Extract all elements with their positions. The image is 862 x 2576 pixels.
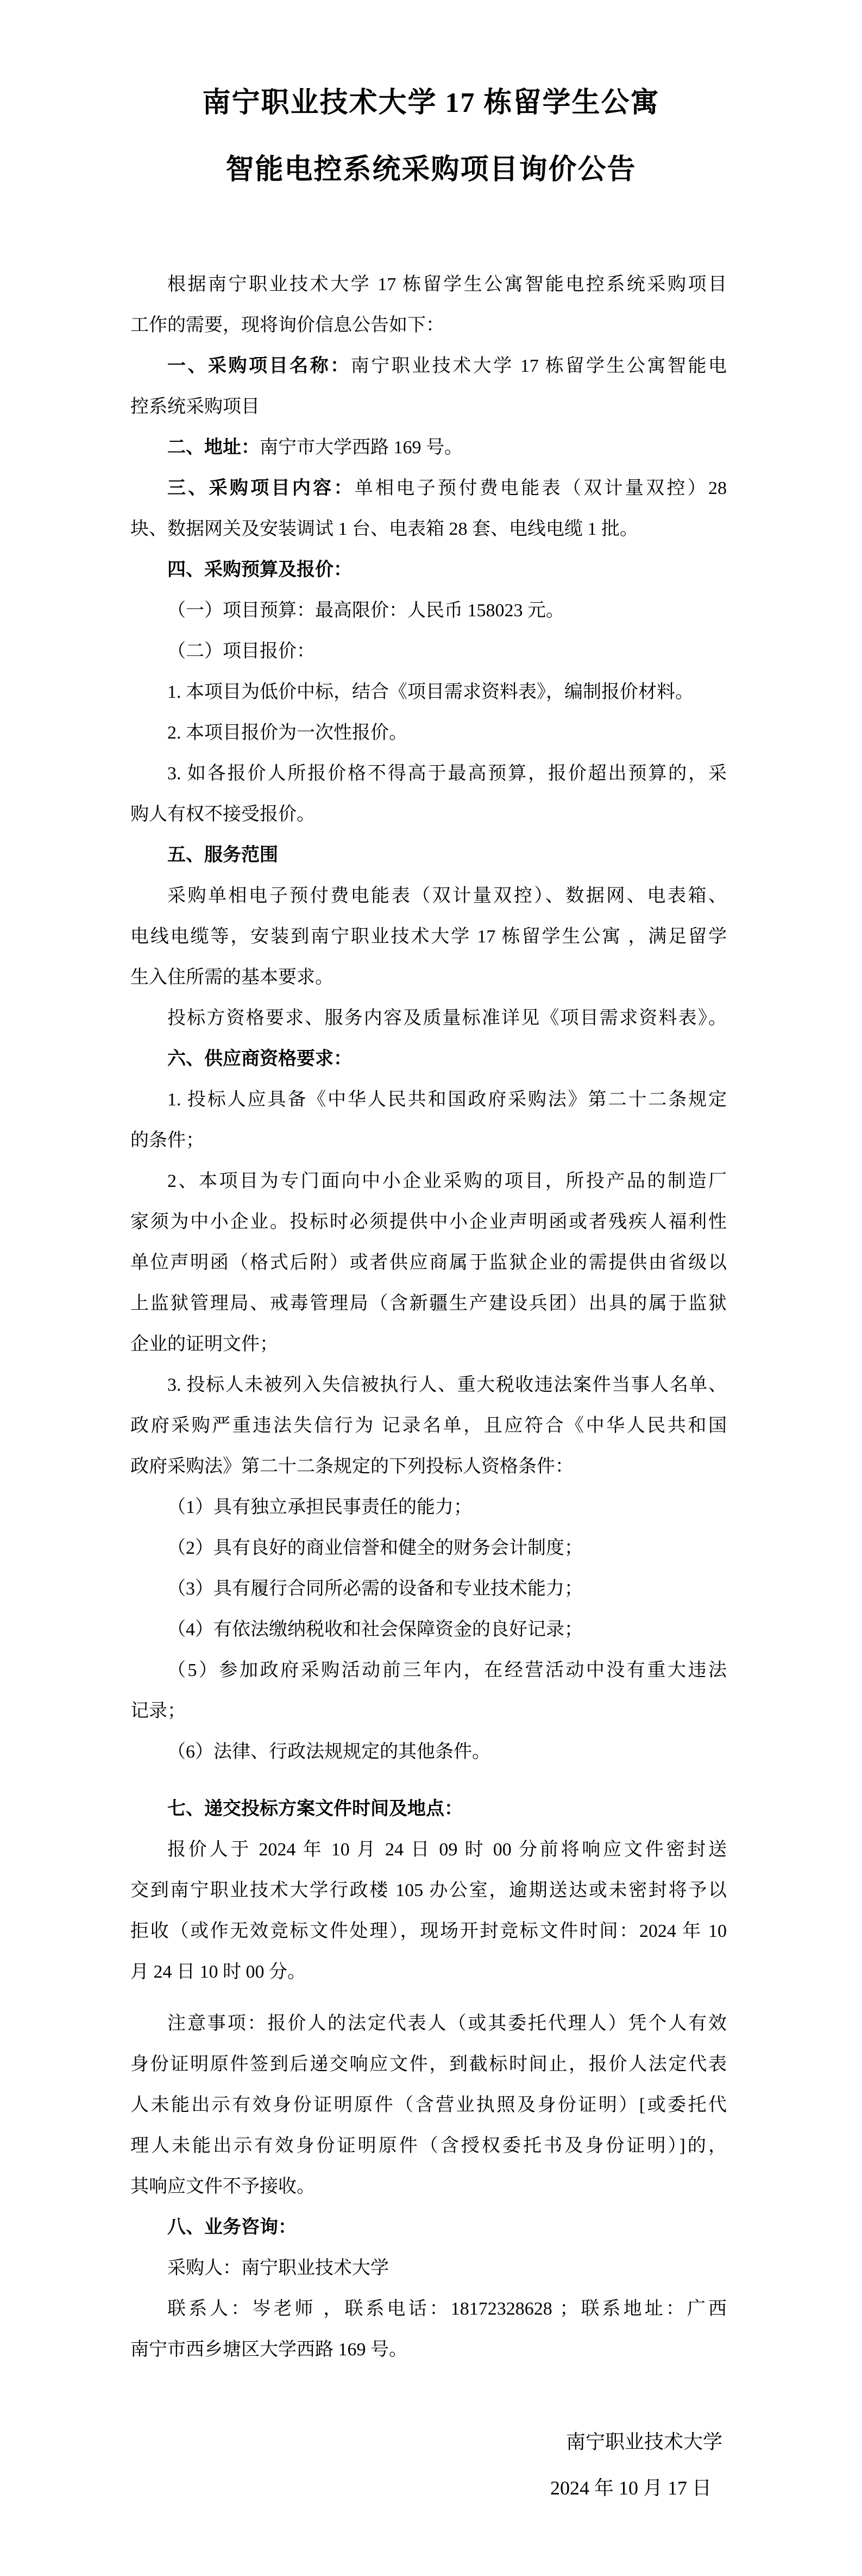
body-text: （二）项目报价： bbox=[167, 641, 315, 661]
body-text: 1. 投标人应具备《中华人民共和国政府采购法》第二十二条规定 bbox=[167, 1090, 727, 1110]
body-text: 块、数据网关及安装调试 1 台、电表箱 28 套、电线电缆 1 批。 bbox=[130, 519, 638, 539]
document-line: 上监狱管理局、戒毒管理局（含新疆生产建设兵团）出具的属于监狱 bbox=[130, 1283, 727, 1324]
body-text: 南宁职业技术大学 17 栋留学生公寓智能电 bbox=[351, 356, 727, 376]
body-text: （6）法律、行政法规规定的其他条件。 bbox=[167, 1742, 490, 1762]
document-line: 家须为中小企业。投标时必须提供中小企业声明函或者残疾人福利性 bbox=[130, 1202, 727, 1242]
body-text: 身份证明原件签到后递交响应文件，到截标时间止，报价人法定代表 bbox=[130, 2054, 727, 2074]
body-text: 月 24 日 10 时 00 分。 bbox=[130, 1962, 306, 1982]
signature-org: 南宁职业技术大学 bbox=[130, 2419, 727, 2465]
heading-text: 一、采购项目名称： bbox=[167, 356, 351, 376]
document-line: 3. 投标人未被列入失信被执行人、重大税收违法案件当事人名单、 bbox=[130, 1365, 727, 1405]
body-text: 生入住所需的基本要求。 bbox=[130, 967, 334, 987]
document-line: 三、采购项目内容：单相电子预付费电能表（双计量双控）28 bbox=[130, 468, 727, 509]
document-line: 1. 本项目为低价中标，结合《项目需求资料表》，编制报价材料。 bbox=[130, 672, 727, 712]
body-text: 2、本项目为专门面向中小企业采购的项目，所投产品的制造厂 bbox=[167, 1171, 727, 1191]
body-text: 记录； bbox=[130, 1701, 186, 1721]
heading-text: 四、采购预算及报价： bbox=[167, 560, 352, 580]
body-text: 交到南宁职业技术大学行政楼 105 办公室，逾期送达或未密封将予以 bbox=[130, 1880, 727, 1900]
body-text: 企业的证明文件； bbox=[130, 1334, 278, 1354]
body-text: 电线电缆等，安装到南宁职业技术大学 17 栋留学生公寓 ，满足留学 bbox=[130, 927, 727, 947]
body-text: 拒收（或作无效竞标文件处理），现场开封竞标文件时间：2024 年 10 bbox=[130, 1921, 727, 1941]
body-text: 1. 本项目为低价中标，结合《项目需求资料表》，编制报价材料。 bbox=[167, 682, 694, 702]
body-text: 注意事项：报价人的法定代表人（或其委托代理人）凭个人有效 bbox=[167, 2014, 727, 2034]
document-line: 一、采购项目名称：南宁职业技术大学 17 栋留学生公寓智能电 bbox=[130, 346, 727, 386]
body-text: 3. 投标人未被列入失信被执行人、重大税收违法案件当事人名单、 bbox=[167, 1375, 727, 1395]
document-line: 月 24 日 10 时 00 分。 bbox=[130, 1952, 727, 1992]
document-line: （一）项目预算：最高限价：人民币 158023 元。 bbox=[130, 590, 727, 631]
body-text: （1）具有独立承担民事责任的能力； bbox=[167, 1497, 472, 1517]
body-text: （4）有依法缴纳税收和社会保障资金的良好记录； bbox=[167, 1620, 583, 1640]
body-text: 报价人于 2024 年 10 月 24 日 09 时 00 分前将响应文件密封送 bbox=[167, 1840, 727, 1860]
document-line: （6）法律、行政法规规定的其他条件。 bbox=[130, 1731, 727, 1772]
body-text: 采购人：南宁职业技术大学 bbox=[167, 2258, 389, 2278]
heading-text: 八、业务咨询： bbox=[167, 2217, 297, 2237]
document-line: 身份证明原件签到后递交响应文件，到截标时间止，报价人法定代表 bbox=[130, 2044, 727, 2085]
document-line: 二、地址：南宁市大学西路 169 号。 bbox=[130, 427, 727, 468]
document-line: （1）具有独立承担民事责任的能力； bbox=[130, 1487, 727, 1528]
document-line: （二）项目报价： bbox=[130, 631, 727, 672]
heading-text: 三、采购项目内容： bbox=[167, 478, 355, 498]
body-text: 政府采购法》第二十二条规定的下列投标人资格条件： bbox=[130, 1456, 574, 1477]
document-line: （3）具有履行合同所必需的设备和专业技术能力； bbox=[130, 1568, 727, 1609]
document-line: 的条件； bbox=[130, 1120, 727, 1161]
signature-date: 2024 年 10 月 17 日 bbox=[130, 2465, 727, 2511]
body-text: 南宁市西乡塘区大学西路 169 号。 bbox=[130, 2340, 407, 2360]
document-line: 电线电缆等，安装到南宁职业技术大学 17 栋留学生公寓 ，满足留学 bbox=[130, 916, 727, 957]
heading-text: 五、服务范围 bbox=[167, 845, 278, 865]
document-line: 六、供应商资格要求： bbox=[130, 1039, 727, 1079]
document-line: 投标方资格要求、服务内容及质量标准详见《项目需求资料表》。 bbox=[130, 998, 727, 1039]
signature-block: 南宁职业技术大学 2024 年 10 月 17 日 bbox=[130, 2419, 727, 2511]
body-text: 政府采购严重违法失信行为 记录名单，且应符合《中华人民共和国 bbox=[130, 1416, 727, 1436]
body-text: 采购单相电子预付费电能表（双计量双控）、数据网、电表箱、 bbox=[167, 886, 727, 906]
body-text: 单相电子预付费电能表（双计量双控）28 bbox=[355, 478, 727, 498]
document-line: 理人未能出示有效身份证明原件（含授权委托书及身份证明）]的， bbox=[130, 2125, 727, 2166]
document-page: 南宁职业技术大学 17 栋留学生公寓智能电控系统采购项目询价公告 根据南宁职业技… bbox=[0, 0, 862, 2576]
heading-text: 六、供应商资格要求： bbox=[167, 1049, 352, 1069]
body-text: 控系统采购项目 bbox=[130, 397, 260, 417]
body-text: 投标方资格要求、服务内容及质量标准详见《项目需求资料表》。 bbox=[167, 1008, 727, 1028]
body-text: 联系人：岑老师 ，联系电话：18172328628 ；联系地址：广西 bbox=[167, 2299, 727, 2319]
document-line: 控系统采购项目 bbox=[130, 386, 727, 427]
document-line: 企业的证明文件； bbox=[130, 1324, 727, 1365]
body-text: 购人有权不接受报价。 bbox=[130, 804, 315, 824]
document-line: 采购人：南宁职业技术大学 bbox=[130, 2248, 727, 2289]
document-line: 四、采购预算及报价： bbox=[130, 549, 727, 590]
document-line: 购人有权不接受报价。 bbox=[130, 794, 727, 835]
body-text: （一）项目预算：最高限价：人民币 158023 元。 bbox=[167, 601, 564, 621]
document-line: （4）有依法缴纳税收和社会保障资金的良好记录； bbox=[130, 1609, 727, 1650]
body-text: 根据南宁职业技术大学 17 栋留学生公寓智能电控系统采购项目 bbox=[167, 274, 727, 295]
body-text: 上监狱管理局、戒毒管理局（含新疆生产建设兵团）出具的属于监狱 bbox=[130, 1293, 727, 1314]
document-line: （5）参加政府采购活动前三年内，在经营活动中没有重大违法 bbox=[130, 1650, 727, 1691]
document-line: 联系人：岑老师 ，联系电话：18172328628 ；联系地址：广西 bbox=[130, 2289, 727, 2329]
document-line: 五、服务范围 bbox=[130, 835, 727, 876]
document-line: 政府采购法》第二十二条规定的下列投标人资格条件： bbox=[130, 1446, 727, 1487]
document-line: 其响应文件不予接收。 bbox=[130, 2166, 727, 2207]
body-text: 3. 如各报价人所报价格不得高于最高预算，报价超出预算的，采 bbox=[167, 764, 727, 784]
document-line: 交到南宁职业技术大学行政楼 105 办公室，逾期送达或未密封将予以 bbox=[130, 1870, 727, 1911]
document-line: 记录； bbox=[130, 1691, 727, 1731]
body-text: 人未能出示有效身份证明原件（含营业执照及身份证明）[或委托代 bbox=[130, 2095, 727, 2115]
document-line: 八、业务咨询： bbox=[130, 2207, 727, 2248]
document-line: 报价人于 2024 年 10 月 24 日 09 时 00 分前将响应文件密封送 bbox=[130, 1829, 727, 1870]
body-text: 南宁市大学西路 169 号。 bbox=[260, 437, 463, 458]
document-line: 采购单相电子预付费电能表（双计量双控）、数据网、电表箱、 bbox=[130, 876, 727, 916]
body-text: （3）具有履行合同所必需的设备和专业技术能力； bbox=[167, 1579, 583, 1599]
document-line: 注意事项：报价人的法定代表人（或其委托代理人）凭个人有效 bbox=[130, 2003, 727, 2044]
body-text: （5）参加政府采购活动前三年内，在经营活动中没有重大违法 bbox=[167, 1660, 727, 1680]
document-line: 工作的需要，现将询价信息公告如下： bbox=[130, 305, 727, 346]
body-text: 其响应文件不予接收。 bbox=[130, 2177, 315, 2197]
document-line: 块、数据网关及安装调试 1 台、电表箱 28 套、电线电缆 1 批。 bbox=[130, 509, 727, 549]
document-title-line: 智能电控系统采购项目询价公告 bbox=[0, 136, 862, 203]
document-line: （2）具有良好的商业信誉和健全的财务会计制度； bbox=[130, 1528, 727, 1568]
document-line: 2. 本项目报价为一次性报价。 bbox=[130, 712, 727, 753]
body-text: （2）具有良好的商业信誉和健全的财务会计制度； bbox=[167, 1538, 583, 1558]
body-text: 单位声明函（格式后附）或者供应商属于监狱企业的需提供由省级以 bbox=[130, 1253, 727, 1273]
document-line: 2、本项目为专门面向中小企业采购的项目，所投产品的制造厂 bbox=[130, 1161, 727, 1202]
body-text: 家须为中小企业。投标时必须提供中小企业声明函或者残疾人福利性 bbox=[130, 1212, 727, 1232]
document-line: 生入住所需的基本要求。 bbox=[130, 957, 727, 998]
document-body: 根据南宁职业技术大学 17 栋留学生公寓智能电控系统采购项目工作的需要，现将询价… bbox=[130, 264, 727, 2370]
document-line: 拒收（或作无效竞标文件处理），现场开封竞标文件时间：2024 年 10 bbox=[130, 1911, 727, 1952]
body-text: 理人未能出示有效身份证明原件（含授权委托书及身份证明）]的， bbox=[130, 2136, 727, 2156]
body-text: 的条件； bbox=[130, 1130, 204, 1151]
document-line: 1. 投标人应具备《中华人民共和国政府采购法》第二十二条规定 bbox=[130, 1079, 727, 1120]
heading-text: 七、递交投标方案文件时间及地点： bbox=[167, 1799, 463, 1819]
document-line: 根据南宁职业技术大学 17 栋留学生公寓智能电控系统采购项目 bbox=[130, 264, 727, 305]
document-line: 3. 如各报价人所报价格不得高于最高预算，报价超出预算的，采 bbox=[130, 753, 727, 794]
document-line: 南宁市西乡塘区大学西路 169 号。 bbox=[130, 2329, 727, 2370]
body-text: 2. 本项目报价为一次性报价。 bbox=[167, 723, 407, 743]
document-line: 政府采购严重违法失信行为 记录名单，且应符合《中华人民共和国 bbox=[130, 1405, 727, 1446]
document-line: 人未能出示有效身份证明原件（含营业执照及身份证明）[或委托代 bbox=[130, 2085, 727, 2125]
document-line: 七、递交投标方案文件时间及地点： bbox=[130, 1789, 727, 1829]
heading-text: 二、地址： bbox=[167, 437, 260, 458]
body-text: 工作的需要，现将询价信息公告如下： bbox=[130, 315, 444, 335]
document-title: 南宁职业技术大学 17 栋留学生公寓智能电控系统采购项目询价公告 bbox=[0, 0, 862, 203]
document-line: 单位声明函（格式后附）或者供应商属于监狱企业的需提供由省级以 bbox=[130, 1242, 727, 1283]
document-title-line: 南宁职业技术大学 17 栋留学生公寓 bbox=[0, 70, 862, 136]
